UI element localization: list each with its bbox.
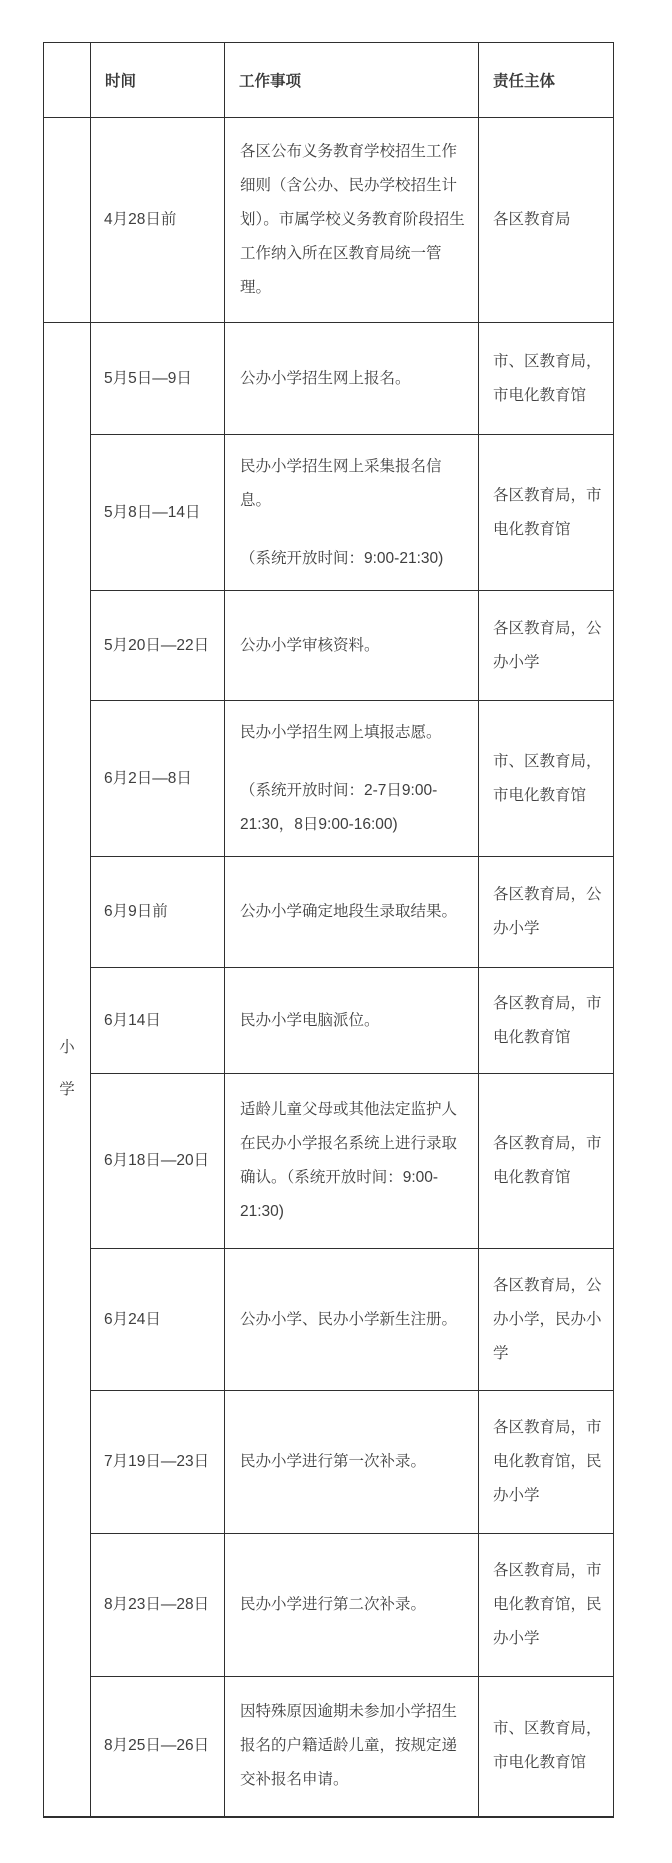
task-text: 各区公布义务教育学校招生工作细则（含公办、民办学校招生计划）。市属学校义务教育阶… xyxy=(240,135,468,305)
table-row: 6月9日前 公办小学确定地段生录取结果。 各区教育局，公办小学 xyxy=(44,857,614,968)
task-cell: 公办小学招生网上报名。 xyxy=(225,323,479,435)
owner-cell: 各区教育局，市电化教育馆，民办小学 xyxy=(479,1391,614,1534)
owner-text: 市、区教育局，市电化教育馆 xyxy=(493,345,607,413)
owner-text: 各区教育局，市电化教育馆 xyxy=(493,479,607,547)
owner-cell: 各区教育局，公办小学，民办小学 xyxy=(479,1249,614,1391)
table-row: 8月23日—28日 民办小学进行第二次补录。 各区教育局，市电化教育馆，民办小学 xyxy=(44,1534,614,1677)
time-cell: 6月14日 xyxy=(91,968,225,1074)
category-cell: 小学 xyxy=(44,323,91,1817)
owner-text: 各区教育局，市电化教育馆 xyxy=(493,987,607,1055)
owner-cell: 各区教育局 xyxy=(479,118,614,323)
task-text: 适龄儿童父母或其他法定监护人在民办小学报名系统上进行录取确认。（系统开放时间：9… xyxy=(240,1093,468,1229)
owner-text: 市、区教育局，市电化教育馆 xyxy=(493,1712,607,1780)
time-cell: 4月28日前 xyxy=(91,118,225,323)
time-text: 8月25日—26日 xyxy=(104,1729,220,1763)
table-row: 8月25日—26日 因特殊原因逾期未参加小学招生报名的户籍适龄儿童，按规定递交补… xyxy=(44,1677,614,1817)
task-text: 民办小学招生网上采集报名信息。 xyxy=(240,450,468,518)
task-text: 因特殊原因逾期未参加小学招生报名的户籍适龄儿童，按规定递交补报名申请。 xyxy=(240,1695,468,1797)
task-text: 民办小学电脑派位。 xyxy=(240,1004,468,1038)
owner-text: 市、区教育局，市电化教育馆 xyxy=(493,745,607,813)
owner-cell: 各区教育局，市电化教育馆 xyxy=(479,1074,614,1249)
time-cell: 5月5日—9日 xyxy=(91,323,225,435)
owner-cell: 各区教育局，市电化教育馆 xyxy=(479,435,614,591)
task-text: 民办小学进行第一次补录。 xyxy=(240,1445,468,1479)
time-text: 6月2日—8日 xyxy=(104,762,220,796)
owner-cell: 市、区教育局，市电化教育馆 xyxy=(479,701,614,857)
owner-text: 各区教育局，市电化教育馆，民办小学 xyxy=(493,1554,607,1656)
time-text: 6月14日 xyxy=(104,1004,220,1038)
schedule-table: 时间 工作事项 责任主体 4月28日前 各区公布义务教育学校招生工作细则（含公办… xyxy=(43,42,614,1818)
owner-text: 各区教育局，市电化教育馆，民办小学 xyxy=(493,1411,607,1513)
owner-cell: 各区教育局，公办小学 xyxy=(479,857,614,968)
header-owner: 责任主体 xyxy=(479,43,614,118)
owner-text: 各区教育局 xyxy=(493,203,607,237)
time-text: 5月20日—22日 xyxy=(104,629,220,663)
table-row: 6月24日 公办小学、民办小学新生注册。 各区教育局，公办小学，民办小学 xyxy=(44,1249,614,1391)
time-text: 5月8日—14日 xyxy=(104,496,220,530)
header-category xyxy=(44,43,91,118)
task-text: 公办小学、民办小学新生注册。 xyxy=(240,1303,468,1337)
task-text: 民办小学招生网上填报志愿。 xyxy=(240,716,468,750)
owner-cell: 市、区教育局，市电化教育馆 xyxy=(479,1677,614,1817)
table-row: 7月19日—23日 民办小学进行第一次补录。 各区教育局，市电化教育馆，民办小学 xyxy=(44,1391,614,1534)
table-row: 6月18日—20日 适龄儿童父母或其他法定监护人在民办小学报名系统上进行录取确认… xyxy=(44,1074,614,1249)
header-task: 工作事项 xyxy=(225,43,479,118)
task-cell: 民办小学招生网上采集报名信息。 （系统开放时间：9:00-21:30) xyxy=(225,435,479,591)
task-cell: 公办小学审核资料。 xyxy=(225,591,479,701)
task-text: 公办小学确定地段生录取结果。 xyxy=(240,895,468,929)
table-row: 5月8日—14日 民办小学招生网上采集报名信息。 （系统开放时间：9:00-21… xyxy=(44,435,614,591)
time-text: 7月19日—23日 xyxy=(104,1445,220,1479)
time-text: 6月24日 xyxy=(104,1303,220,1337)
time-text: 5月5日—9日 xyxy=(104,362,220,396)
time-text: 8月23日—28日 xyxy=(104,1588,220,1622)
owner-cell: 各区教育局，市电化教育馆 xyxy=(479,968,614,1074)
header-row: 时间 工作事项 责任主体 xyxy=(44,43,614,118)
task-cell: 民办小学招生网上填报志愿。 （系统开放时间：2-7日9:00-21:30，8日9… xyxy=(225,701,479,857)
task-cell: 公办小学确定地段生录取结果。 xyxy=(225,857,479,968)
time-cell: 7月19日—23日 xyxy=(91,1391,225,1534)
task-note: （系统开放时间：9:00-21:30) xyxy=(240,542,468,576)
time-text: 6月9日前 xyxy=(104,895,220,929)
owner-text: 各区教育局，公办小学 xyxy=(493,878,607,946)
owner-text: 各区教育局，公办小学，民办小学 xyxy=(493,1269,607,1371)
time-cell: 6月24日 xyxy=(91,1249,225,1391)
task-cell: 各区公布义务教育学校招生工作细则（含公办、民办学校招生计划）。市属学校义务教育阶… xyxy=(225,118,479,323)
table-row: 5月20日—22日 公办小学审核资料。 各区教育局，公办小学 xyxy=(44,591,614,701)
time-cell: 5月20日—22日 xyxy=(91,591,225,701)
table-row: 4月28日前 各区公布义务教育学校招生工作细则（含公办、民办学校招生计划）。市属… xyxy=(44,118,614,323)
task-note: （系统开放时间：2-7日9:00-21:30，8日9:00-16:00) xyxy=(240,774,468,842)
task-text: 公办小学招生网上报名。 xyxy=(240,362,468,396)
task-text: 公办小学审核资料。 xyxy=(240,629,468,663)
time-text: 4月28日前 xyxy=(104,203,220,237)
task-cell: 公办小学、民办小学新生注册。 xyxy=(225,1249,479,1391)
task-cell: 民办小学进行第一次补录。 xyxy=(225,1391,479,1534)
header-time: 时间 xyxy=(91,43,225,118)
owner-text: 各区教育局，市电化教育馆 xyxy=(493,1127,607,1195)
enrollment-schedule: 时间 工作事项 责任主体 4月28日前 各区公布义务教育学校招生工作细则（含公办… xyxy=(43,42,614,1818)
time-cell: 8月23日—28日 xyxy=(91,1534,225,1677)
owner-text: 各区教育局，公办小学 xyxy=(493,612,607,680)
owner-cell: 各区教育局，市电化教育馆，民办小学 xyxy=(479,1534,614,1677)
owner-cell: 各区教育局，公办小学 xyxy=(479,591,614,701)
owner-cell: 市、区教育局，市电化教育馆 xyxy=(479,323,614,435)
task-cell: 民办小学电脑派位。 xyxy=(225,968,479,1074)
time-text: 6月18日—20日 xyxy=(104,1144,220,1178)
table-row: 6月2日—8日 民办小学招生网上填报志愿。 （系统开放时间：2-7日9:00-2… xyxy=(44,701,614,857)
task-text: 民办小学进行第二次补录。 xyxy=(240,1588,468,1622)
task-cell: 适龄儿童父母或其他法定监护人在民办小学报名系统上进行录取确认。（系统开放时间：9… xyxy=(225,1074,479,1249)
time-cell: 6月18日—20日 xyxy=(91,1074,225,1249)
time-cell: 6月2日—8日 xyxy=(91,701,225,857)
task-cell: 民办小学进行第二次补录。 xyxy=(225,1534,479,1677)
category-cell-empty xyxy=(44,118,91,323)
category-label: 小学 xyxy=(58,1027,75,1111)
task-cell: 因特殊原因逾期未参加小学招生报名的户籍适龄儿童，按规定递交补报名申请。 xyxy=(225,1677,479,1817)
table-row: 小学 5月5日—9日 公办小学招生网上报名。 市、区教育局，市电化教育馆 xyxy=(44,323,614,435)
time-cell: 8月25日—26日 xyxy=(91,1677,225,1817)
time-cell: 5月8日—14日 xyxy=(91,435,225,591)
time-cell: 6月9日前 xyxy=(91,857,225,968)
table-row: 6月14日 民办小学电脑派位。 各区教育局，市电化教育馆 xyxy=(44,968,614,1074)
